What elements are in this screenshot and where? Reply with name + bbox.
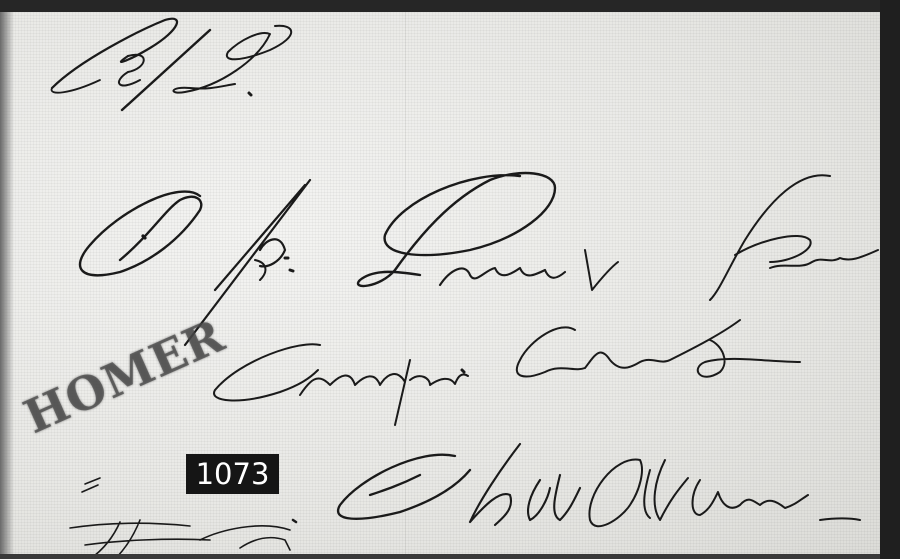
handwriting-layer — [0, 12, 880, 559]
city-handwriting — [338, 444, 860, 526]
letter-cover: HOMER 1073 B/L. Messrs. Dawson & Pipkin … — [0, 12, 880, 559]
scan-right-border — [880, 0, 900, 559]
docket-handwriting — [52, 19, 292, 110]
occupation-handwriting — [214, 320, 800, 425]
scan-bottom-border — [0, 554, 880, 559]
addressee-handwriting — [358, 173, 878, 300]
lot-number-label: 1073 — [186, 454, 279, 494]
